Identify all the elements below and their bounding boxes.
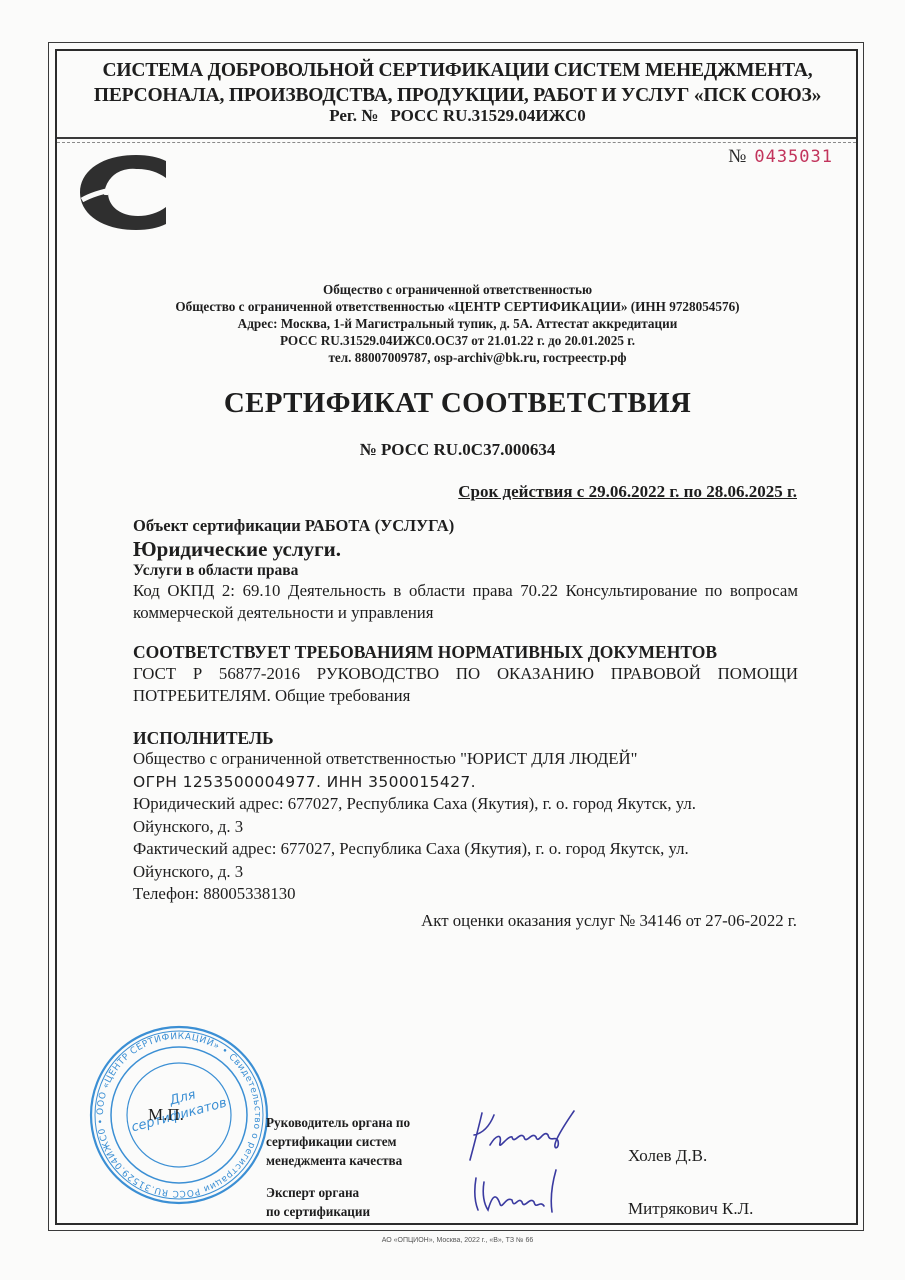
executor-heading: ИСПОЛНИТЕЛЬ [133,727,798,749]
head-title-line-1: Руководитель органа по [266,1113,410,1132]
issuer-line-1: Общество с ограниченной ответственностью [60,281,855,298]
executor-name: Общество с ограниченной ответственностью… [133,748,798,771]
seal-placeholder-label: М.П. [148,1105,184,1125]
okpd-code: Код ОКПД 2: 69.10 Деятельность в области… [133,580,798,624]
header-divider [57,137,856,143]
service-name: Юридические услуги. [133,536,798,562]
actual-address-line-2: Ойунского, д. 3 [133,861,798,884]
executor-phone: Телефон: 88005338130 [133,883,798,906]
registration-number: Рег. №РОСС RU.31529.04ИЖС0 [60,106,855,126]
executor-ogrn-inn: ОГРН 1253500004977. ИНН 3500015427. [133,771,798,794]
serial-value: 0435031 [754,147,833,167]
serial-label: № [728,146,746,167]
legal-address-line-1: Юридический адрес: 677027, Республика Са… [133,793,798,816]
expert-title-line-1: Эксперт органа [266,1183,370,1202]
certification-object: Объект сертификации РАБОТА (УСЛУГА) [133,515,798,537]
reg-value: РОСС RU.31529.04ИЖС0 [390,106,585,125]
system-title-line-2: ПЕРСОНАЛА, ПРОИЗВОДСТВА, ПРОДУКЦИИ, РАБО… [60,83,855,108]
service-category: Услуги в области права [133,560,798,582]
issuer-line-5: тел. 88007009787, osp-archiv@bk.ru, гост… [60,349,855,366]
actual-address-line-1: Фактический адрес: 677027, Республика Са… [133,838,798,861]
certification-system-title: СИСТЕМА ДОБРОВОЛЬНОЙ СЕРТИФИКАЦИИ СИСТЕМ… [60,58,855,108]
expert-title-line-2: по сертификации [266,1202,370,1221]
issuer-line-2: Общество с ограниченной ответственностью… [60,298,855,315]
issuer-line-4: РОСС RU.31529.04ИЖС0.ОС37 от 21.01.22 г.… [60,332,855,349]
certification-system-logo-icon [78,155,178,230]
reg-label: Рег. № [329,106,378,125]
issuer-info: Общество с ограниченной ответственностью… [60,281,855,366]
executor-details: Общество с ограниченной ответственностью… [133,748,798,906]
head-title-line-3: менеджмента качества [266,1151,410,1170]
head-title-line-2: сертификации систем [266,1132,410,1151]
expert-signatory-name: Митрякович К.Л. [628,1199,753,1219]
expert-signature-icon [460,1160,580,1220]
certificate-number: № РОСС RU.0С37.000634 [60,440,855,460]
legal-address-line-2: Ойунского, д. 3 [133,816,798,839]
expert-signatory-title: Эксперт органа по сертификации [266,1183,370,1221]
head-signature-icon [460,1105,580,1165]
system-title-line-1: СИСТЕМА ДОБРОВОЛЬНОЙ СЕРТИФИКАЦИИ СИСТЕМ… [60,58,855,83]
head-signatory-title: Руководитель органа по сертификации сист… [266,1113,410,1170]
compliance-heading: СООТВЕТСТВУЕТ ТРЕБОВАНИЯМ НОРМАТИВНЫХ ДО… [133,641,798,663]
compliance-standard: ГОСТ Р 56877-2016 РУКОВОДСТВО ПО ОКАЗАНИ… [133,663,798,707]
certificate-title: СЕРТИФИКАТ СООТВЕТСТВИЯ [60,387,855,420]
validity-period: Срок действия с 29.06.2022 г. по 28.06.2… [458,482,797,502]
serial-number: №0435031 [728,146,833,168]
assessment-act: Акт оценки оказания услуг № 34146 от 27-… [421,911,797,931]
issuer-line-3: Адрес: Москва, 1-й Магистральный тупик, … [60,315,855,332]
printer-imprint: АО «ОПЦИОН», Москва, 2022 г., «В», ТЗ № … [60,1237,855,1244]
head-signatory-name: Холев Д.В. [628,1146,707,1166]
